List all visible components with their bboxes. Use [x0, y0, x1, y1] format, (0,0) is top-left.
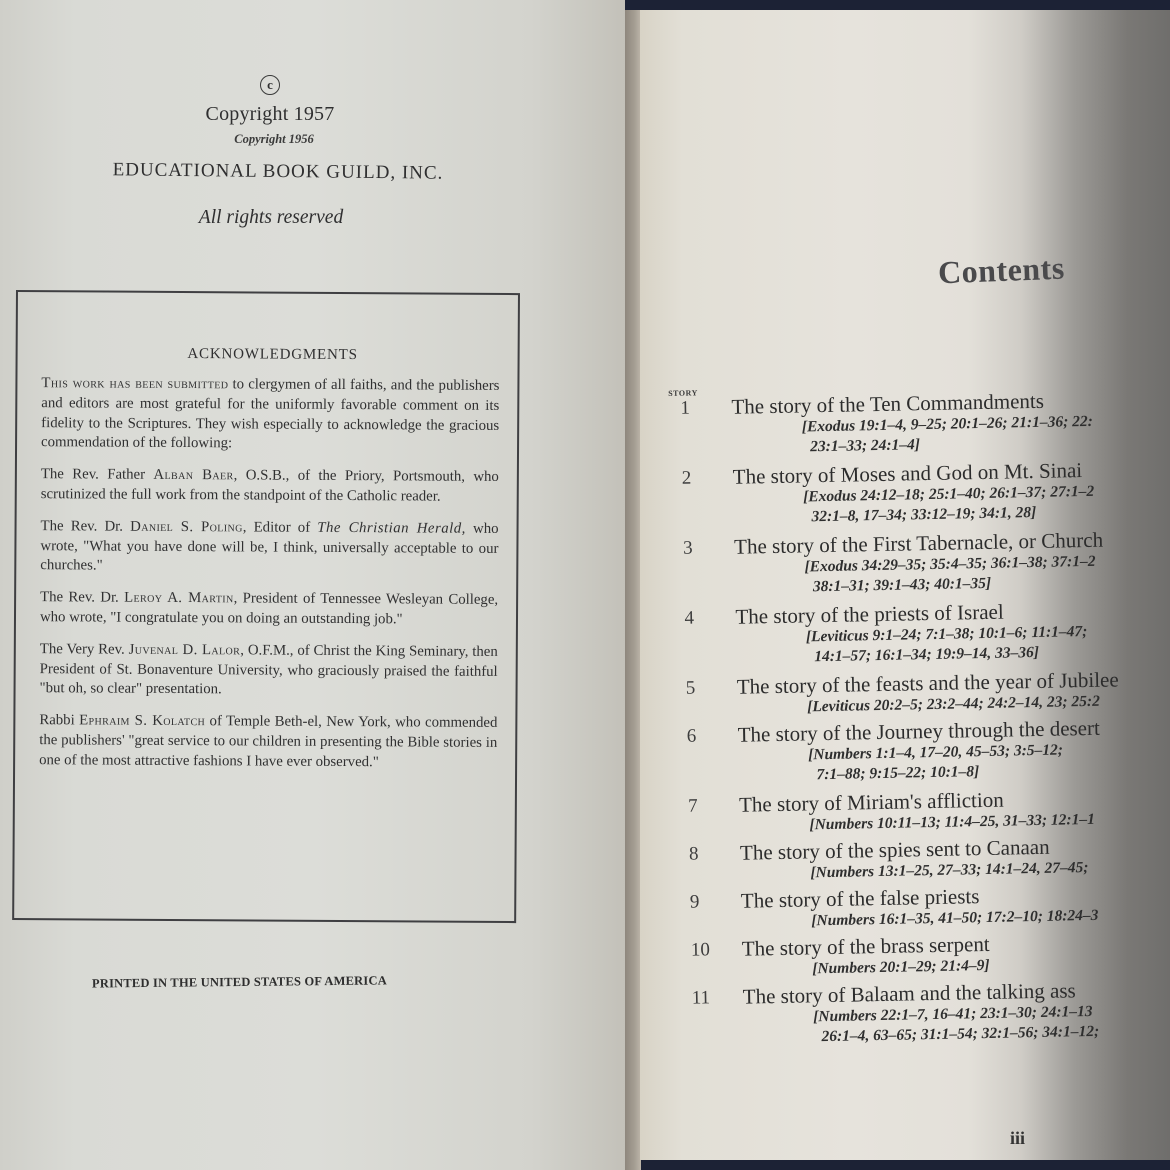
- acknowledgments-title: ACKNOWLEDGMENTS: [18, 345, 528, 365]
- copyright-block: c Copyright 1957 Copyright 1956 EDUCATIO…: [0, 75, 540, 229]
- open-book-spread: c Copyright 1957 Copyright 1956 EDUCATIO…: [0, 0, 1170, 1170]
- page-number: iii: [1010, 1128, 1025, 1149]
- story-number: 2: [682, 467, 706, 489]
- acknowledgment-entry: The Rev. Father Alban Baer, O.S.B., of t…: [41, 465, 499, 507]
- acknowledgment-entry: The Rev. Dr. Daniel S. Poling, Editor of…: [40, 517, 498, 579]
- toc-entry: 1 The story of the Ten Commandments [Exo…: [668, 385, 1170, 460]
- acknowledgments-intro: This work has been submitted to clergyme…: [41, 374, 499, 456]
- contents-title: Contents: [937, 250, 1065, 292]
- acknowledgments-body: This work has been submitted to clergyme…: [39, 374, 499, 785]
- publication-title: The Christian Herald,: [317, 520, 466, 537]
- acknowledgment-entry: The Very Rev. Juvenal D. Lalor, O.F.M., …: [40, 640, 498, 702]
- toc-entry: 3 The story of the First Tabernacle, or …: [671, 525, 1170, 600]
- story-number: 5: [686, 677, 710, 699]
- acknowledgment-entry: Rabbi Ephraim S. Kolatch of Temple Beth-…: [39, 711, 497, 773]
- person-name: Ephraim S. Kolatch: [79, 713, 205, 730]
- book-gutter: [625, 10, 641, 1170]
- story-number: 6: [687, 725, 711, 747]
- toc-entry: 6 The story of the Journey through the d…: [675, 713, 1170, 788]
- story-number: 7: [688, 795, 712, 817]
- copyright-page: c Copyright 1957 Copyright 1956 EDUCATIO…: [0, 0, 625, 1170]
- person-name: Alban Baer: [153, 467, 233, 483]
- toc-entry: 2 The story of Moses and God on Mt. Sina…: [670, 455, 1170, 530]
- acknowledgments-box: ACKNOWLEDGMENTS This work has been submi…: [12, 290, 520, 923]
- toc-entry: 8 The story of the spies sent to Canaan …: [677, 831, 1170, 886]
- story-number: 10: [691, 939, 715, 961]
- copyright-secondary: Copyright 1956: [8, 132, 540, 147]
- toc-entry: 11 The story of Balaam and the talking a…: [680, 975, 1170, 1050]
- toc-entry: 7 The story of Miriam's affliction [Numb…: [676, 783, 1170, 838]
- story-number: 1: [680, 397, 704, 419]
- printed-in-usa: PRINTED IN THE UNITED STATES OF AMERICA: [92, 973, 387, 991]
- toc-entry: 4 The story of the priests of Israel [Le…: [672, 595, 1170, 670]
- story-number: 3: [683, 537, 707, 559]
- person-name: Juvenal D. Lalor: [129, 641, 241, 658]
- toc-entry: 10 The story of the brass serpent [Numbe…: [679, 927, 1170, 982]
- story-number: 9: [690, 891, 714, 913]
- copyright-symbol-icon: c: [260, 75, 280, 95]
- contents-page: Contents story 1 The story of the Ten Co…: [640, 10, 1170, 1160]
- story-number: 11: [692, 987, 716, 1009]
- table-of-contents: story 1 The story of the Ten Commandment…: [668, 374, 1170, 1050]
- background-edge-bottom: [636, 1160, 1170, 1170]
- toc-entry: 5 The story of the feasts and the year o…: [674, 665, 1170, 720]
- publisher-name: EDUCATIONAL BOOK GUILD, INC.: [16, 158, 540, 185]
- story-number: 8: [689, 843, 713, 865]
- story-number: 4: [684, 607, 708, 629]
- person-name: Daniel S. Poling: [130, 518, 243, 535]
- copyright-main: Copyright 1957: [0, 103, 540, 126]
- person-name: Leroy A. Martin: [124, 590, 234, 607]
- acknowledgment-entry: The Rev. Dr. Leroy A. Martin, President …: [40, 588, 498, 630]
- toc-entry: 9 The story of the false priests [Number…: [678, 879, 1170, 934]
- background-edge-top: [620, 0, 1170, 10]
- rights-reserved: All rights reserved: [2, 207, 540, 229]
